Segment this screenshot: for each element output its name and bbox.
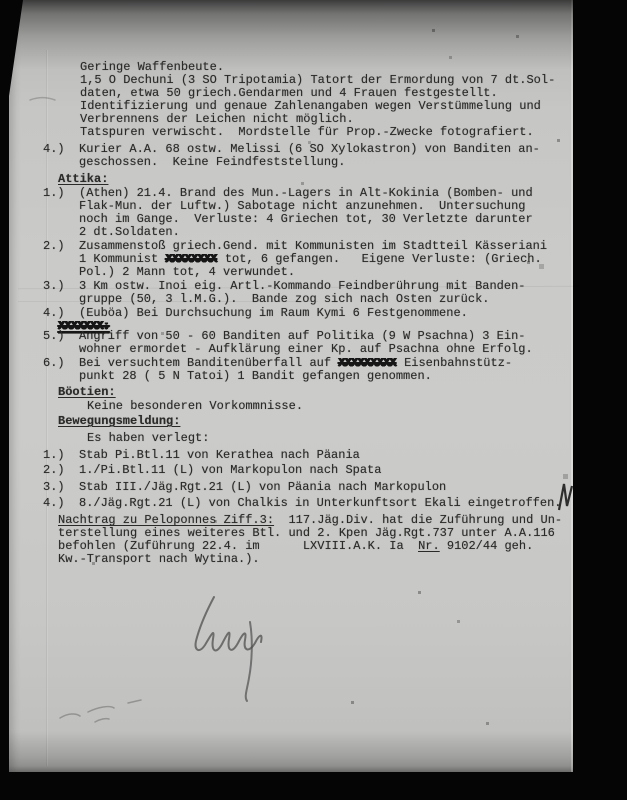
item-number: 2.) (43, 464, 65, 477)
numbered-item: 1.)(Athen) 21.4. Brand des Mun.-Lagers i… (0, 187, 627, 239)
text-segment: Eisenbahnstütz- (397, 356, 512, 370)
item-number: 6.) (43, 357, 65, 370)
paragraph: Geringe Waffenbeute.1,5 O Dechuni (3 SO … (0, 61, 627, 139)
item-number: 4.) (43, 143, 65, 156)
text-segment: daten, etwa 50 griech.Gendarmen und 4 Fr… (80, 86, 498, 100)
typewritten-text: Geringe Waffenbeute.1,5 O Dechuni (3 SO … (0, 0, 627, 566)
numbered-item: 6.)Bei versuchtem Banditenüberfall auf X… (0, 357, 627, 383)
text-segment: wohner ermordet - Aufklärung einer Kp. a… (79, 342, 533, 356)
paragraph: Keine besonderen Vorkommnisse. (0, 400, 627, 413)
text-segment: 3 Km ostw. Inoi eig. Artl.-Kommando Fein… (79, 279, 525, 293)
text-segment: (Euböa) Bei Durchsuchung im Raum Kymi 6 … (79, 306, 468, 320)
text-line: 8./Jäg.Rgt.21 (L) von Chalkis in Unterku… (0, 497, 627, 510)
text-segment: Verbrennens der Leichen nicht möglich. (80, 112, 354, 126)
text-line: punkt 28 ( 5 N Tatoi) 1 Bandit gefangen … (0, 370, 627, 383)
numbered-item: 1.)Stab Pi.Btl.11 von Kerathea nach Päan… (0, 449, 627, 462)
section-heading: Attika: (0, 173, 627, 186)
text-line: Böotien: (0, 386, 627, 399)
text-line: Tatspuren verwischt. Mordstelle für Prop… (0, 126, 627, 139)
text-line: Es haben verlegt: (0, 432, 627, 445)
numbered-item: 4.)8./Jäg.Rgt.21 (L) von Chalkis in Unte… (0, 497, 627, 510)
text-line: Bewegungsmeldung: (0, 415, 627, 428)
item-number: 2.) (43, 240, 65, 253)
numbered-item: 2.)Zusammenstoß griech.Gend. mit Kommuni… (0, 240, 627, 279)
text-segment: 117.Jäg.Div. hat die Zuführung und Un- (274, 513, 562, 527)
numbered-item: 3.)3 Km ostw. Inoi eig. Artl.-Kommando F… (0, 280, 627, 306)
item-number: 4.) (43, 497, 65, 510)
text-segment: 1,5 O Dechuni (3 SO Tripotamia) Tatort d… (80, 73, 555, 87)
text-segment: Zusammenstoß griech.Gend. mit Kommuniste… (79, 239, 547, 253)
text-line: Stab Pi.Btl.11 von Kerathea nach Päania (0, 449, 627, 462)
text-segment: Nr. (418, 539, 440, 553)
item-number: 1.) (43, 449, 65, 462)
text-line: Pol.) 2 Mann tot, 4 verwundet. (0, 266, 627, 279)
numbered-item: 5.)Angriff von 50 - 60 Banditen auf Poli… (0, 330, 627, 356)
text-segment: 1./Pi.Btl.11 (L) von Markopulon nach Spa… (79, 463, 381, 477)
text-line: geschossen. Keine Feindfeststellung. (0, 156, 627, 169)
item-number: 5.) (43, 330, 65, 343)
numbered-item: 4.)Kurier A.A. 68 ostw. Melissi (6 SO Xy… (0, 143, 627, 169)
text-segment: Stab Pi.Btl.11 von Kerathea nach Päania (79, 448, 360, 462)
text-segment: Böotien: (58, 385, 116, 399)
text-line: 1./Pi.Btl.11 (L) von Markopulon nach Spa… (0, 464, 627, 477)
text-segment: gruppe (50, 3 l.M.G.). Bande zog sich na… (79, 292, 489, 306)
item-number: 3.) (43, 481, 65, 494)
text-line: Stab III./Jäg.Rgt.21 (L) von Päania nach… (0, 481, 627, 494)
section-heading: Böotien: (0, 386, 627, 399)
text-segment: punkt 28 ( 5 N Tatoi) 1 Bandit gefangen … (79, 369, 432, 383)
text-segment: 8./Jäg.Rgt.21 (L) von Chalkis in Unterku… (79, 496, 561, 510)
text-segment: Flak-Mun. der Luftw.) Sabotage nicht anz… (79, 199, 525, 213)
struck-out-text: XXXXXXXX (165, 252, 217, 266)
text-segment: befohlen (Zuführung 22.4. im LXVIII.A.K.… (58, 539, 418, 553)
scanned-document: Geringe Waffenbeute.1,5 O Dechuni (3 SO … (0, 0, 627, 800)
text-line: Keine besonderen Vorkommnisse. (0, 400, 627, 413)
text-segment: Bewegungsmeldung: (58, 414, 180, 428)
text-line: wohner ermordet - Aufklärung einer Kp. a… (0, 343, 627, 356)
text-segment: Kw.-Transport nach Wytina.). (58, 552, 260, 566)
text-segment: 1 Kommunist (79, 252, 165, 266)
text-line: 2 dt.Soldaten. (0, 226, 627, 239)
item-number: 1.) (43, 187, 65, 200)
text-segment: Attika: (58, 172, 108, 186)
numbered-item: 2.)1./Pi.Btl.11 (L) von Markopulon nach … (0, 464, 627, 477)
text-segment: geschossen. Keine Feindfeststellung. (79, 155, 345, 169)
numbered-item: 3.)Stab III./Jäg.Rgt.21 (L) von Päania n… (0, 481, 627, 494)
paragraph: Nachtrag zu Peloponnes Ziff.3: 117.Jäg.D… (0, 514, 627, 566)
text-segment: Nachtrag zu Peloponnes Ziff.3: (58, 513, 274, 527)
text-segment: (Athen) 21.4. Brand des Mun.-Lagers in A… (79, 186, 533, 200)
paragraph: Es haben verlegt: (0, 432, 627, 445)
text-segment: Angriff von 50 - 60 Banditen auf Politik… (79, 329, 525, 343)
section-heading: Bewegungsmeldung: (0, 415, 627, 428)
text-segment: Geringe Waffenbeute. (80, 60, 224, 74)
text-segment: tot, 6 gefangen. Eigene Verluste: (Griec… (218, 252, 542, 266)
text-segment: 9102/44 geh. (440, 539, 534, 553)
text-segment: Tatspuren verwischt. Mordstelle für Prop… (80, 125, 534, 139)
text-segment: 2 dt.Soldaten. (79, 225, 180, 239)
text-line: gruppe (50, 3 l.M.G.). Bande zog sich na… (0, 293, 627, 306)
text-segment: Es haben verlegt: (87, 431, 209, 445)
item-number: 3.) (43, 280, 65, 293)
text-line: Attika: (0, 173, 627, 186)
text-segment: Kurier A.A. 68 ostw. Melissi (6 SO Xylok… (79, 142, 540, 156)
text-segment: Stab III./Jäg.Rgt.21 (L) von Päania nach… (79, 480, 446, 494)
text-segment: Identifizierung und genaue Zahlenangaben… (80, 99, 541, 113)
text-segment: noch im Gange. Verluste: 4 Griechen tot,… (79, 212, 533, 226)
text-segment: Keine besonderen Vorkommnisse. (87, 399, 303, 413)
text-segment: Pol.) 2 Mann tot, 4 verwundet. (79, 265, 295, 279)
text-segment: terstellung eines weiteres Btl. und 2. K… (58, 526, 555, 540)
struck-out-text: XXXXXXXXX (338, 356, 397, 370)
text-segment: Bei versuchtem Banditenüberfall auf (79, 356, 338, 370)
text-line: Kw.-Transport nach Wytina.). (0, 553, 627, 566)
